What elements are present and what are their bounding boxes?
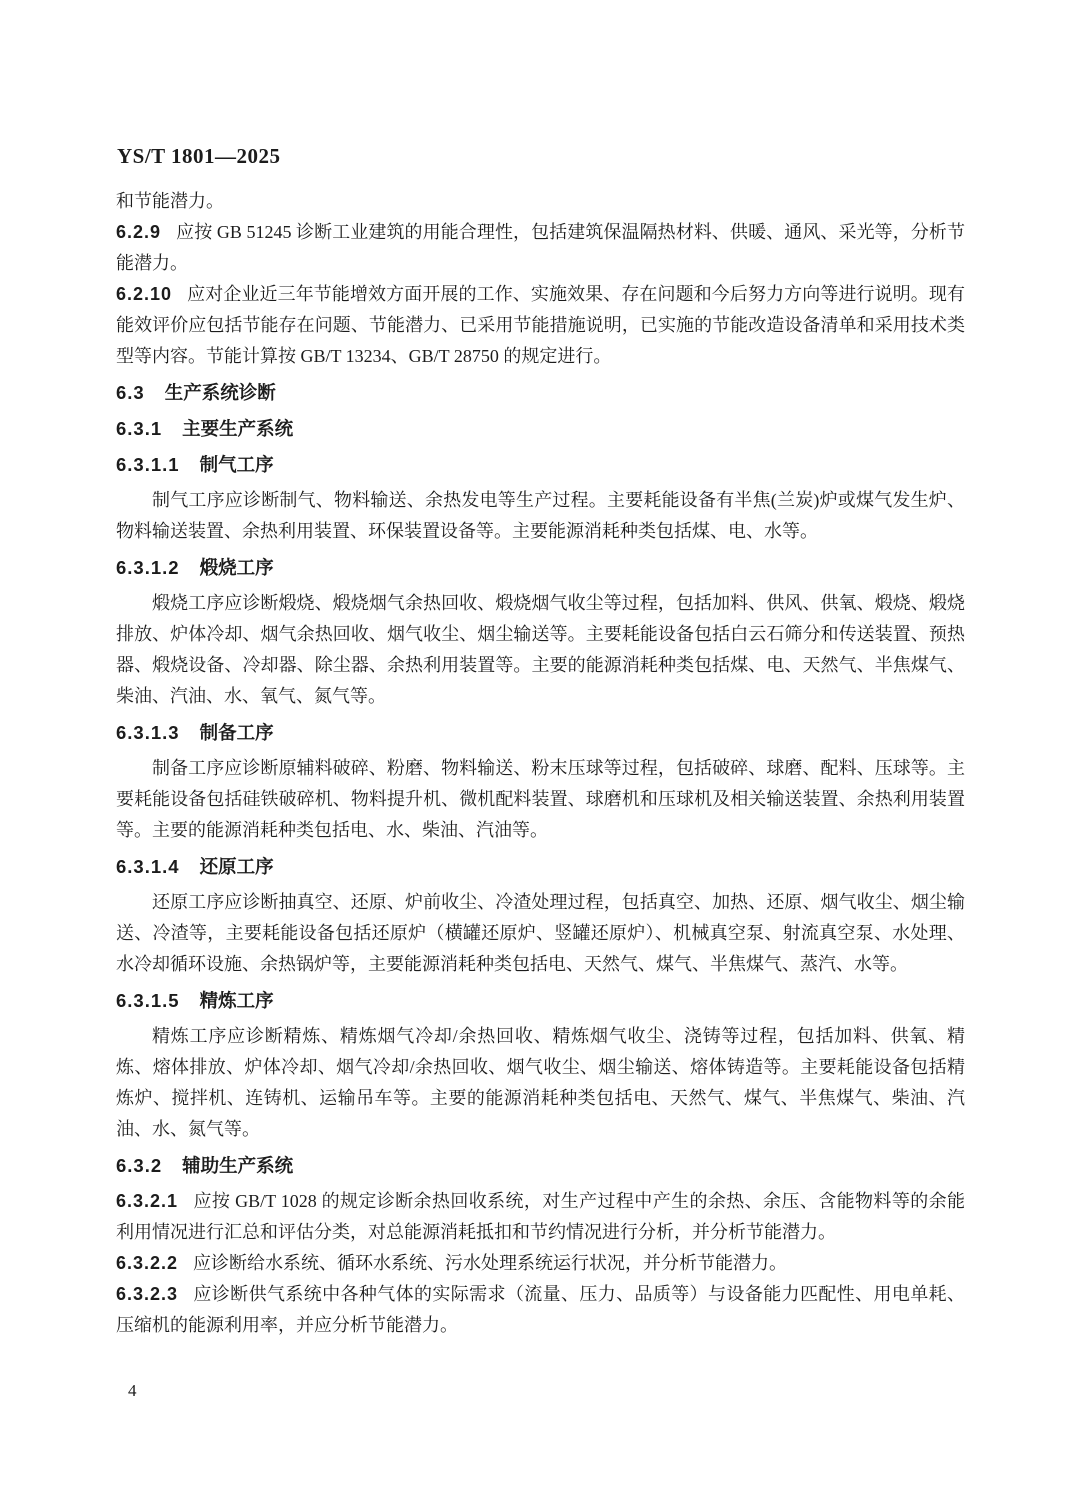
page-number: 4 bbox=[128, 1381, 137, 1401]
heading-number: 6.3.1.4 bbox=[116, 856, 180, 877]
section-heading-6.3.1.4: 6.3.1.4还原工序 bbox=[116, 851, 965, 882]
heading-title: 煅烧工序 bbox=[200, 557, 274, 578]
document-page: YS/T 1801—2025 和节能潜力。6.2.9应按 GB 51245 诊断… bbox=[0, 0, 1080, 1510]
heading-title: 精炼工序 bbox=[200, 990, 274, 1011]
clause-number: 6.3.2.2 bbox=[116, 1253, 178, 1273]
doc-number-header: YS/T 1801—2025 bbox=[117, 144, 281, 169]
heading-title: 制气工序 bbox=[200, 454, 274, 475]
clause-number: 6.2.9 bbox=[116, 222, 161, 242]
section-heading-6.3.1.5: 6.3.1.5精炼工序 bbox=[116, 985, 965, 1016]
clause-number: 6.3.2.1 bbox=[116, 1191, 178, 1211]
clause-6.3.2.3: 6.3.2.3应诊断供气系统中各种气体的实际需求（流量、压力、品质等）与设备能力… bbox=[116, 1279, 965, 1341]
section-heading-6.3.1.2: 6.3.1.2煅烧工序 bbox=[116, 552, 965, 583]
clause-6.3.2.1: 6.3.2.1应按 GB/T 1028 的规定诊断余热回收系统，对生产过程中产生… bbox=[116, 1186, 965, 1248]
section-heading-6.3.1: 6.3.1主要生产系统 bbox=[116, 413, 965, 444]
heading-title: 制备工序 bbox=[200, 722, 274, 743]
heading-number: 6.3 bbox=[116, 382, 145, 403]
section-heading-6.3: 6.3生产系统诊断 bbox=[116, 377, 965, 408]
clause-text: 应对企业近三年节能增效方面开展的工作、实施效果、存在问题和今后努力方向等进行说明… bbox=[116, 284, 965, 366]
heading-number: 6.3.1 bbox=[116, 418, 162, 439]
body-paragraph: 制气工序应诊断制气、物料输送、余热发电等生产过程。主要耗能设备有半焦(兰炭)炉或… bbox=[116, 485, 965, 547]
section-heading-6.3.1.1: 6.3.1.1制气工序 bbox=[116, 449, 965, 480]
clause-text: 应按 GB/T 1028 的规定诊断余热回收系统，对生产过程中产生的余热、余压、… bbox=[116, 1191, 965, 1242]
heading-title: 辅助生产系统 bbox=[182, 1155, 293, 1176]
heading-title: 还原工序 bbox=[200, 856, 274, 877]
heading-title: 主要生产系统 bbox=[182, 418, 293, 439]
heading-number: 6.3.1.5 bbox=[116, 990, 180, 1011]
body-paragraph: 煅烧工序应诊断煅烧、煅烧烟气余热回收、煅烧烟气收尘等过程，包括加料、供风、供氧、… bbox=[116, 588, 965, 712]
heading-title: 生产系统诊断 bbox=[165, 382, 276, 403]
continuation-paragraph: 和节能潜力。 bbox=[116, 186, 965, 217]
body-paragraph: 制备工序应诊断原辅料破碎、粉磨、物料输送、粉末压球等过程，包括破碎、球磨、配料、… bbox=[116, 753, 965, 846]
heading-number: 6.3.1.1 bbox=[116, 454, 180, 475]
heading-number: 6.3.1.2 bbox=[116, 557, 180, 578]
clause-text: 应诊断给水系统、循环水系统、污水处理系统运行状况，并分析节能潜力。 bbox=[193, 1253, 787, 1273]
heading-number: 6.3.1.3 bbox=[116, 722, 180, 743]
clause-text: 应按 GB 51245 诊断工业建筑的用能合理性，包括建筑保温隔热材料、供暖、通… bbox=[116, 222, 965, 273]
clause-6.3.2.2: 6.3.2.2应诊断给水系统、循环水系统、污水处理系统运行状况，并分析节能潜力。 bbox=[116, 1248, 965, 1279]
body-paragraph: 精炼工序应诊断精炼、精炼烟气冷却/余热回收、精炼烟气收尘、浇铸等过程，包括加料、… bbox=[116, 1021, 965, 1145]
body-paragraph: 还原工序应诊断抽真空、还原、炉前收尘、冷渣处理过程，包括真空、加热、还原、烟气收… bbox=[116, 887, 965, 980]
clause-6.2.9: 6.2.9应按 GB 51245 诊断工业建筑的用能合理性，包括建筑保温隔热材料… bbox=[116, 217, 965, 279]
section-heading-6.3.1.3: 6.3.1.3制备工序 bbox=[116, 717, 965, 748]
heading-number: 6.3.2 bbox=[116, 1155, 162, 1176]
clause-number: 6.3.2.3 bbox=[116, 1284, 178, 1304]
clause-6.2.10: 6.2.10应对企业近三年节能增效方面开展的工作、实施效果、存在问题和今后努力方… bbox=[116, 279, 965, 372]
clause-text: 应诊断供气系统中各种气体的实际需求（流量、压力、品质等）与设备能力匹配性、用电单… bbox=[116, 1284, 965, 1335]
section-heading-6.3.2: 6.3.2辅助生产系统 bbox=[116, 1150, 965, 1181]
clause-number: 6.2.10 bbox=[116, 284, 172, 304]
document-body: 和节能潜力。6.2.9应按 GB 51245 诊断工业建筑的用能合理性，包括建筑… bbox=[116, 186, 965, 1341]
